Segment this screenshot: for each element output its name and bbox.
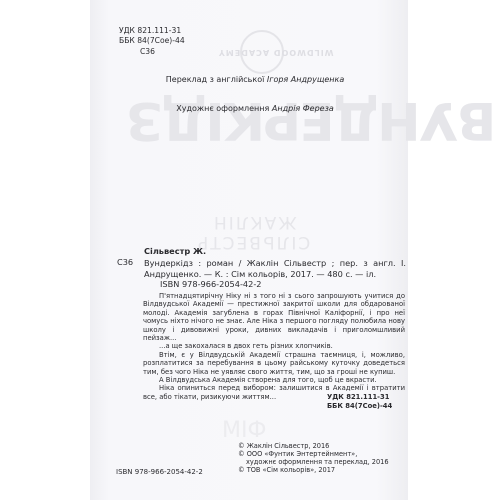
artist-name: Андрія Фереза	[272, 104, 334, 113]
catalog-isbn: ISBN 978-966-2054-42-2	[160, 280, 262, 289]
copyright-line: © Жаклін Сільвестр, 2016	[238, 442, 389, 450]
annotation-paragraph: А Вілдвудська Академія створена для того…	[143, 376, 405, 384]
footer-udk-code: УДК 821.111-31	[327, 393, 389, 402]
bbk-code: ББК 84(7Сое)-44	[119, 36, 185, 45]
annotation-paragraph: П'ятнадцятирічну Ніку ні з того ні з сьо…	[143, 292, 405, 342]
isbn-bottom: ISBN 978-966-2054-42-2	[116, 468, 203, 477]
translator-name: Ігоря Андрущенка	[267, 75, 344, 84]
copyright-line: художнє оформлення та переклад, 2016	[238, 458, 389, 466]
annotation-paragraph: Втім, є у Вілдвудській Академії страшна …	[143, 351, 405, 376]
author-code: С36	[140, 47, 155, 56]
udk-code: УДК 821.111-31	[119, 26, 181, 35]
artist-prefix: Художнє оформлення	[176, 104, 272, 113]
catalog-code: С36	[117, 258, 133, 267]
footer-bbk-code: ББК 84(7Сое)-44	[327, 402, 392, 411]
catalog-author: Сільвестр Ж.	[144, 247, 206, 256]
annotation: П'ятнадцятирічну Ніку ні з того ні з сьо…	[143, 292, 405, 401]
catalog-description: Вундеркідз : роман / Жаклін Сільвестр ; …	[144, 258, 406, 279]
copyright-line: © ТОВ «Сім кольорів», 2017	[238, 466, 389, 474]
artist-credit: Художнє оформлення Андрія Фереза	[5, 104, 500, 113]
copyright-block: © Жаклін Сільвестр, 2016 © ООО «Фунтик Э…	[238, 442, 389, 474]
translator-credit: Переклад з англійської Ігоря Андрущенка	[5, 75, 500, 84]
annotation-paragraph: ...а ще закохалася в двох геть різних хл…	[143, 342, 405, 350]
copyright-line: © ООО «Фунтик Энтертейнмент»,	[238, 450, 389, 458]
translator-prefix: Переклад з англійської	[166, 75, 267, 84]
